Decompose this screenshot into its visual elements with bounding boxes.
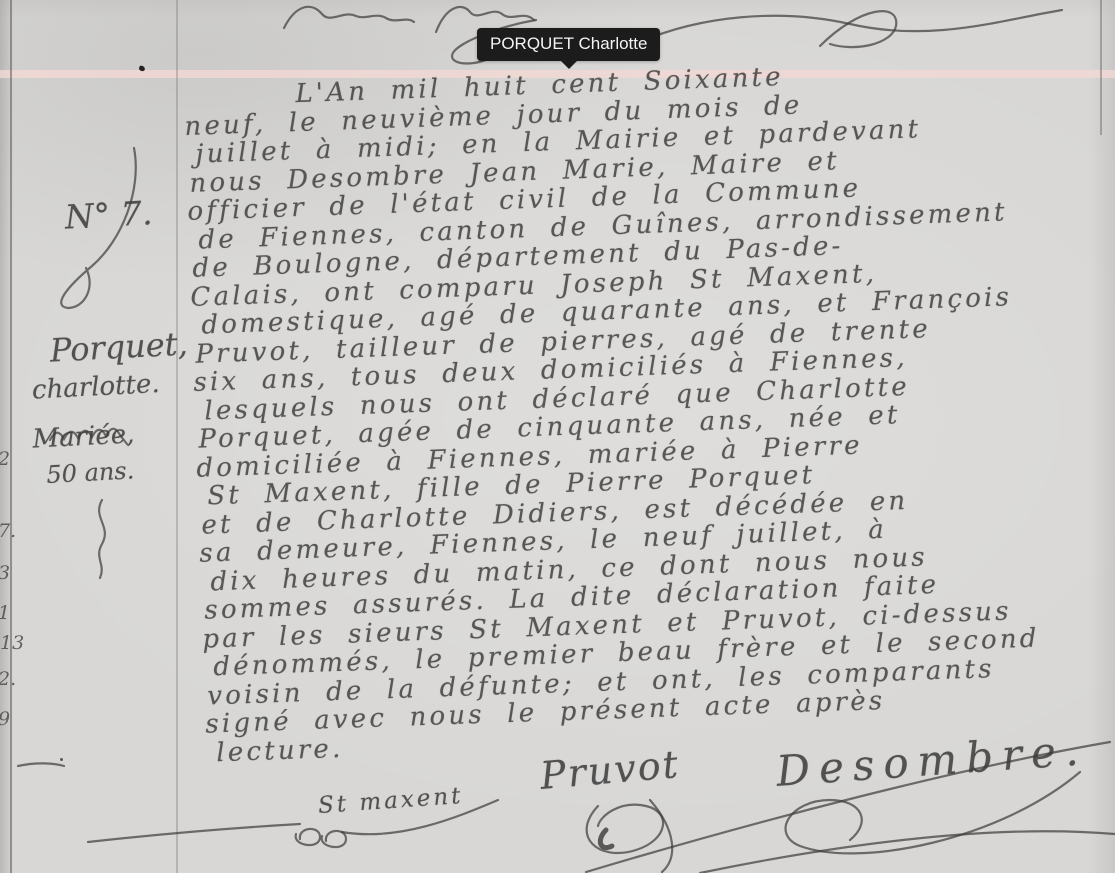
edge-numeral: 7. bbox=[0, 520, 16, 542]
ink-speck bbox=[60, 758, 63, 761]
stmaxent-underline-flourish bbox=[88, 824, 300, 842]
person-tooltip-label: PORQUET Charlotte bbox=[490, 34, 647, 53]
edge-numeral: 3 bbox=[0, 562, 10, 584]
page-edge-fold bbox=[10, 0, 12, 873]
ink-speck bbox=[138, 65, 145, 72]
pruvot-paraph bbox=[600, 830, 612, 848]
pruvot-paraph bbox=[587, 805, 663, 853]
person-tooltip[interactable]: PORQUET Charlotte bbox=[477, 28, 660, 61]
margin-firstname: charlotte. bbox=[31, 364, 196, 408]
tooltip-arrow-icon bbox=[561, 61, 577, 69]
top-left-flourish bbox=[284, 7, 414, 28]
act-text: L'An mil huit cent Soixante neuf, le neu… bbox=[183, 51, 1115, 767]
margin-name-block: Porquet, charlotte. Mariée, 50 ans. bbox=[27, 322, 200, 492]
edge-numeral: 9 bbox=[0, 708, 10, 730]
margin-brace-flourish bbox=[99, 500, 105, 578]
bottom-left-stroke bbox=[18, 763, 64, 766]
edge-numeral: 2 bbox=[0, 448, 10, 470]
margin-age: 50 ans. bbox=[46, 450, 201, 492]
edge-numeral: 2. bbox=[0, 668, 16, 690]
document-scan[interactable]: N° 7. Porquet, charlotte. Mariée, 50 ans… bbox=[0, 0, 1115, 873]
margin-surname: Porquet, bbox=[49, 322, 194, 371]
margin-annotations: N° 7. Porquet, charlotte. Mariée, 50 ans… bbox=[20, 191, 200, 492]
edge-numeral: 13 bbox=[0, 632, 24, 654]
record-viewer: N° 7. Porquet, charlotte. Mariée, 50 ans… bbox=[0, 0, 1115, 873]
desombre-paraph bbox=[700, 831, 1115, 873]
record-number: N° 7. bbox=[64, 191, 187, 236]
top-right-flourish bbox=[820, 11, 896, 47]
edge-numeral: 1 bbox=[0, 602, 10, 624]
signature-stmaxent: St maxent bbox=[317, 783, 464, 819]
stmaxent-underline-flourish bbox=[296, 829, 346, 847]
pruvot-paraph bbox=[650, 800, 672, 872]
top-right-flourish bbox=[640, 10, 1062, 42]
